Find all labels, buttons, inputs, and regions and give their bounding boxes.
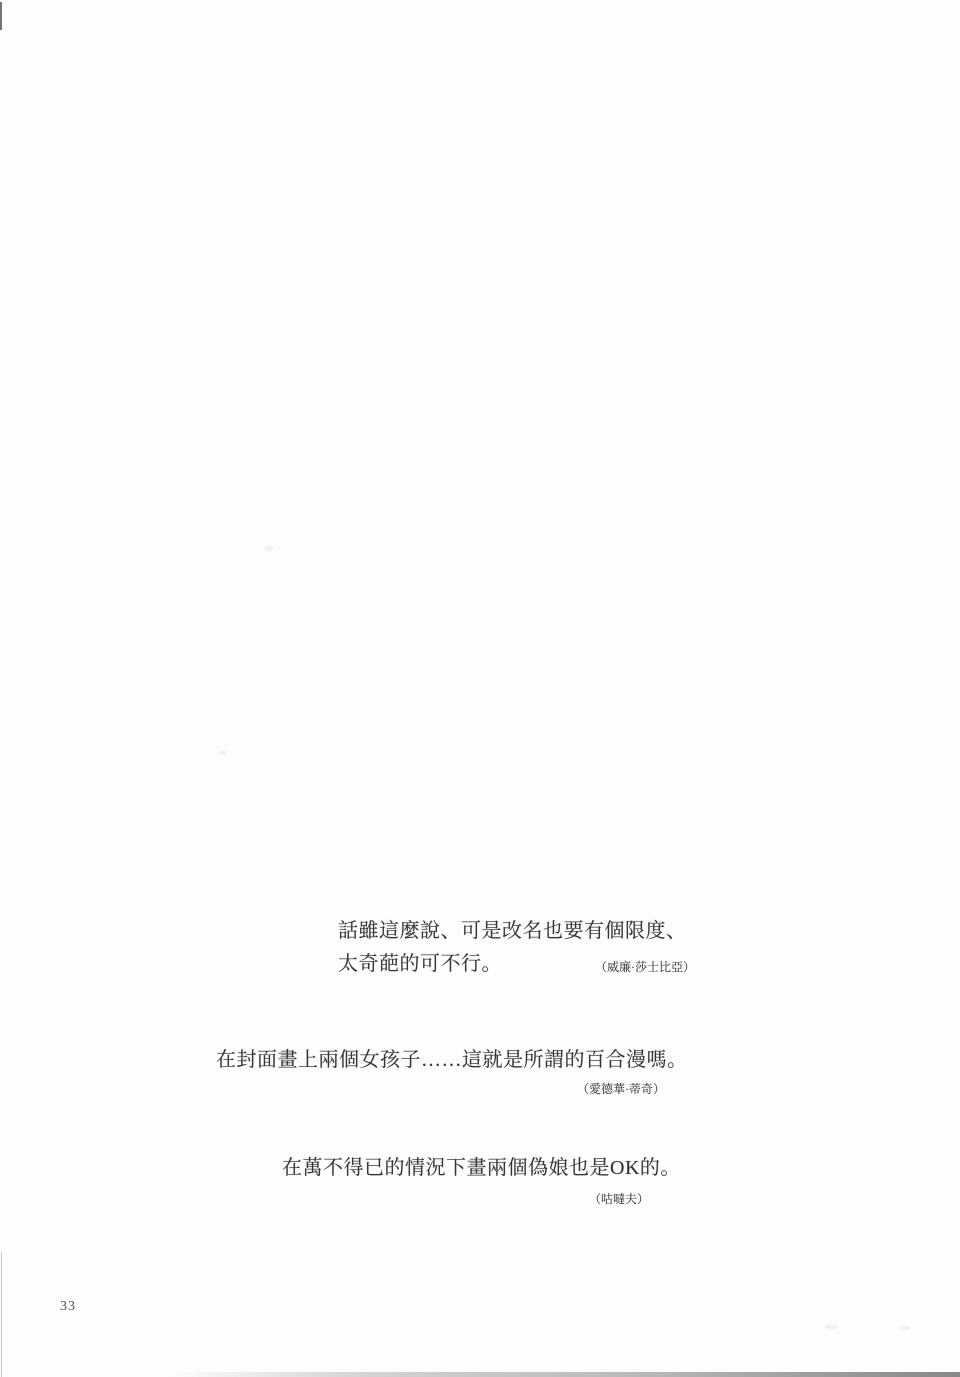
scan-bottom-edge-shadow bbox=[170, 1372, 960, 1377]
scan-edge-line-bottom-left bbox=[1, 1252, 2, 1377]
scan-speck bbox=[264, 546, 273, 551]
quote-2-attribution: （愛德華·蒂奇） bbox=[577, 1083, 665, 1095]
scan-edge-sliver-top-left bbox=[0, 2, 2, 30]
quote-1-line-1: 話雖這麼說、可是改名也要有個限度、 bbox=[338, 921, 687, 941]
scan-smudge bbox=[824, 1325, 838, 1329]
quote-1-line-2: 太奇葩的可不行。 bbox=[338, 954, 502, 974]
scanned-document-page: 話雖這麼說、可是改名也要有個限度、 太奇葩的可不行。 （威廉·莎士比亞） 在封面… bbox=[0, 0, 960, 1377]
quote-2-text: 在封面畫上兩個女孩子……這就是所謂的百合漫嗎。 bbox=[216, 1050, 688, 1070]
quote-3-text: 在萬不得已的情況下畫兩個偽娘也是OK的。 bbox=[282, 1158, 681, 1178]
scan-smudge bbox=[900, 1326, 911, 1330]
page-number: 33 bbox=[60, 1299, 76, 1315]
quote-3-attribution: （咕噠夫） bbox=[589, 1193, 649, 1205]
quote-1-attribution: （威廉·莎士比亞） bbox=[595, 961, 695, 973]
scan-speck bbox=[219, 751, 227, 755]
